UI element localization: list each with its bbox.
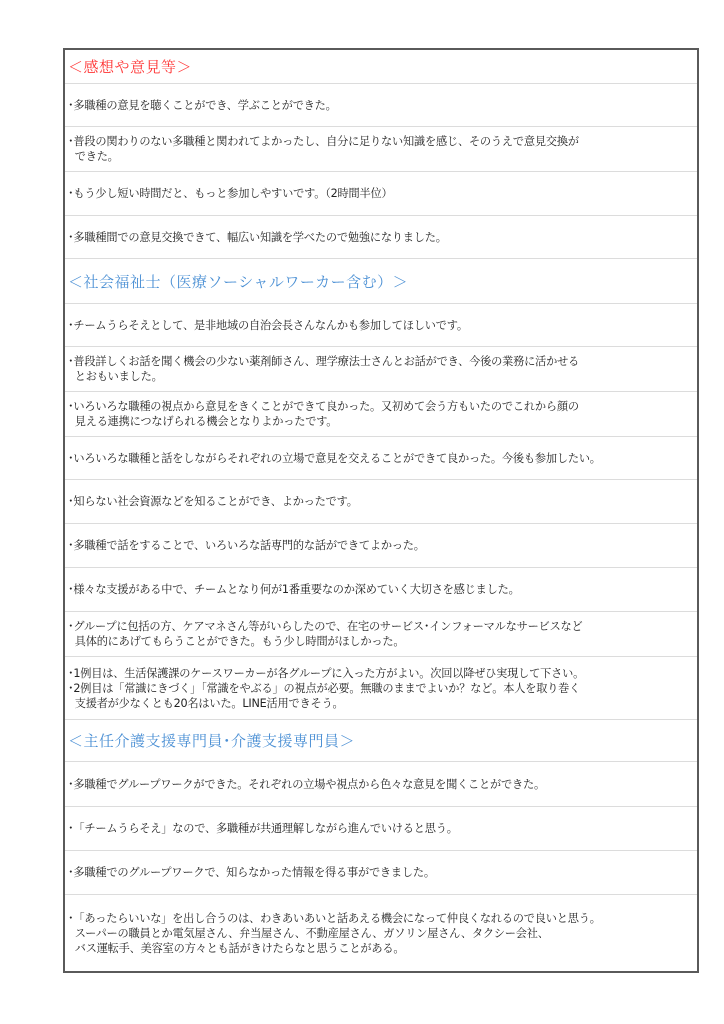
comment-row: ･グループに包括の方、ケアマネさん等がいらしたので、在宅のサービス･インフォーマ… xyxy=(65,612,697,657)
comment-text: ･知らない社会資源などを知ることができ、よかったです。 xyxy=(68,494,358,509)
comment-text: ･様々な支援がある中で、チームとなり何が1番重要なのか深めていく大切さを感じまし… xyxy=(68,582,520,597)
section-heading-text: ＜感想や意見等＞ xyxy=(68,56,192,77)
comment-row: ･普段詳しくお話を聞く機会の少ない薬剤師さん、理学療法士さんとお話ができ、今後の… xyxy=(65,347,697,392)
comment-row: ･知らない社会資源などを知ることができ、よかったです。 xyxy=(65,480,697,524)
comment-text: ･いろいろな職種の視点から意見をきくことができて良かった。又初めて会う方もいたの… xyxy=(68,399,579,429)
comment-text: ･「チームうらそえ」なので、多職種が共通理解しながら進んでいけると思う。 xyxy=(68,821,458,836)
comment-row: ･普段の関わりのない多職種と関われてよかったし、自分に足りない知識を感じ、そのう… xyxy=(65,127,697,172)
comment-text: ･「あったらいいな」を出し合うのは、わきあいあいと話あえる機会になって仲良くなれ… xyxy=(68,911,601,956)
section-heading-impressions: ＜感想や意見等＞ xyxy=(65,50,697,84)
comment-row: ･多職種でのグループワークで、知らなかった情報を得る事ができました。 xyxy=(65,851,697,895)
section-heading-social-worker: ＜社会福祉士（医療ソーシャルワーカー含む）＞ xyxy=(65,259,697,304)
comment-text: ･多職種で話をすることで、いろいろな話専門的な話ができてよかった。 xyxy=(68,538,425,553)
comment-text: ･もう少し短い時間だと、もっと参加しやすいです。（2時間半位） xyxy=(68,186,392,201)
comment-text: ･多職種の意見を聴くことができ、学ぶことができた。 xyxy=(68,98,337,113)
section-heading-care-manager: ＜主任介護支援専門員･介護支援専門員＞ xyxy=(65,720,697,762)
section-heading-text: ＜社会福祉士（医療ソーシャルワーカー含む）＞ xyxy=(68,271,408,292)
comment-row: ･もう少し短い時間だと、もっと参加しやすいです。（2時間半位） xyxy=(65,172,697,216)
comment-row: ･多職種の意見を聴くことができ、学ぶことができた。 xyxy=(65,84,697,127)
comment-text: ･多職種でグループワークができた。それぞれの立場や視点から色々な意見を聞くことが… xyxy=(68,777,545,792)
comment-text: ･1例目は、生活保護課のケースワーカーが各グループに入った方がよい。次回以降ぜひ… xyxy=(68,666,584,711)
comment-text: ･多職種間での意見交換できて、幅広い知識を学べたので勉強になりました。 xyxy=(68,230,447,245)
comment-row: ･多職種でグループワークができた。それぞれの立場や視点から色々な意見を聞くことが… xyxy=(65,762,697,807)
comment-row: ･いろいろな職種の視点から意見をきくことができて良かった。又初めて会う方もいたの… xyxy=(65,392,697,437)
comment-text: ･普段詳しくお話を聞く機会の少ない薬剤師さん、理学療法士さんとお話ができ、今後の… xyxy=(68,354,579,384)
comment-row: ･多職種間での意見交換できて、幅広い知識を学べたので勉強になりました。 xyxy=(65,216,697,259)
comment-text: ･いろいろな職種と話をしながらそれぞれの立場で意見を交えることができて良かった。… xyxy=(68,451,601,466)
comment-row: ･1例目は、生活保護課のケースワーカーが各グループに入った方がよい。次回以降ぜひ… xyxy=(65,657,697,720)
comment-text: ･チームうらそえとして、是非地域の自治会長さんなんかも参加してほしいです。 xyxy=(68,318,468,333)
comment-row: ･様々な支援がある中で、チームとなり何が1番重要なのか深めていく大切さを感じまし… xyxy=(65,568,697,612)
comment-text: ･グループに包括の方、ケアマネさん等がいらしたので、在宅のサービス･インフォーマ… xyxy=(68,619,583,649)
section-heading-text: ＜主任介護支援専門員･介護支援専門員＞ xyxy=(68,730,355,751)
comments-table: ＜感想や意見等＞ ･多職種の意見を聴くことができ、学ぶことができた。 ･普段の関… xyxy=(63,48,699,973)
comment-text: ･普段の関わりのない多職種と関われてよかったし、自分に足りない知識を感じ、そのう… xyxy=(68,134,579,164)
comment-row: ･いろいろな職種と話をしながらそれぞれの立場で意見を交えることができて良かった。… xyxy=(65,437,697,480)
comment-text: ･多職種でのグループワークで、知らなかった情報を得る事ができました。 xyxy=(68,865,435,880)
comment-row: ･「チームうらそえ」なので、多職種が共通理解しながら進んでいけると思う。 xyxy=(65,807,697,851)
comment-row: ･「あったらいいな」を出し合うのは、わきあいあいと話あえる機会になって仲良くなれ… xyxy=(65,895,697,971)
comment-row: ･チームうらそえとして、是非地域の自治会長さんなんかも参加してほしいです。 xyxy=(65,304,697,347)
comment-row: ･多職種で話をすることで、いろいろな話専門的な話ができてよかった。 xyxy=(65,524,697,568)
